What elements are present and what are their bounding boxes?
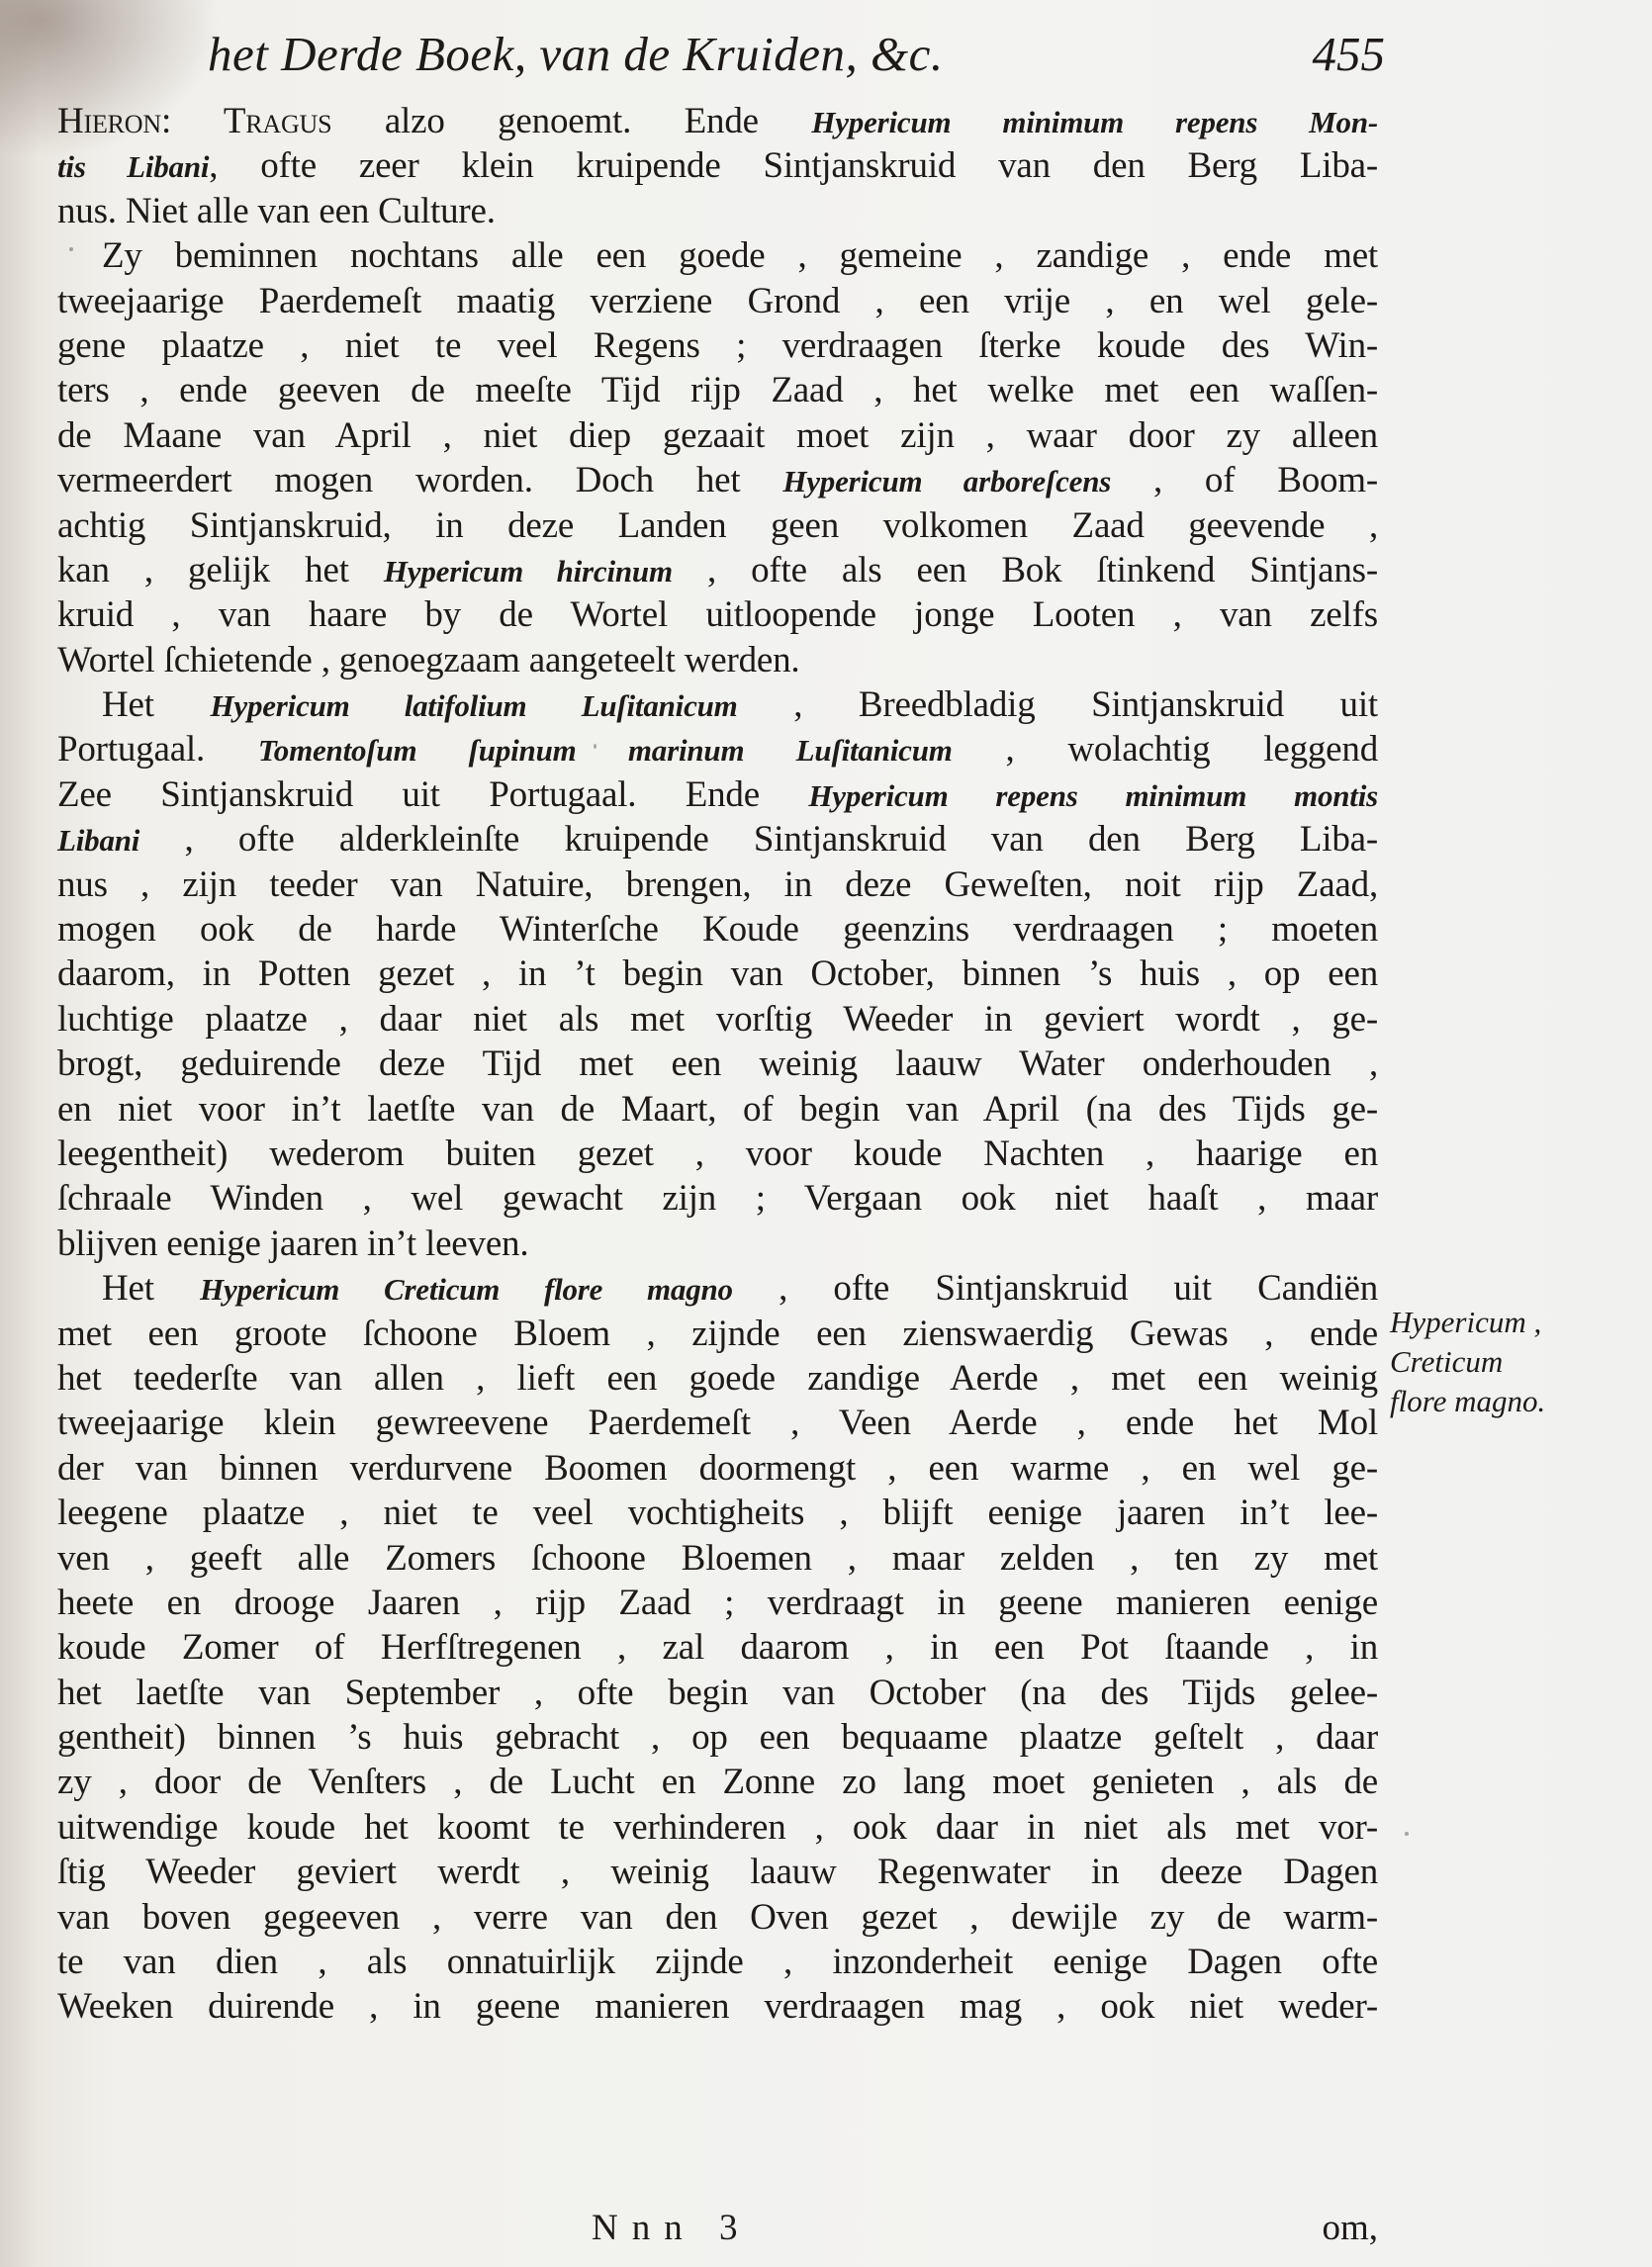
text-run: ters , ende geeven de meeſte Tijd rijp Z… — [57, 370, 1378, 410]
text-line: tis Libani, ofte zeer klein kruipende Si… — [57, 143, 1378, 188]
text-line: en niet voor in’t laetſte van de Maart, … — [57, 1087, 1378, 1132]
latin-name: tis Libani — [57, 149, 209, 184]
text-line: Libani , ofte alderkleinſte kruipende Si… — [57, 817, 1378, 861]
text-line: vermeerdert mogen worden. Doch het Hyper… — [57, 458, 1378, 502]
text-run: en niet voor in’t laetſte van de Maart, … — [57, 1089, 1378, 1130]
text-line: Wortel ſchietende , genoegzaam aangeteel… — [57, 638, 1378, 682]
text-line: nus , zijn teeder van Natuire, brengen, … — [57, 862, 1378, 907]
text-run: Het — [102, 684, 210, 725]
text-line: van boven gegeeven , verre van den Oven … — [57, 1895, 1378, 1940]
text-line: Zee Sintjanskruid uit Portugaal. Ende Hy… — [57, 772, 1378, 817]
text-run: leegene plaatze , niet te veel vochtighe… — [57, 1493, 1378, 1533]
text-run: der van binnen verdurvene Boomen doormen… — [57, 1448, 1378, 1489]
text-line: Zy beminnen nochtans alle een goede , ge… — [57, 233, 1378, 278]
text-line: zy , door de Venſters , de Lucht en Zonn… — [57, 1760, 1378, 1804]
text-line: tweejaarige klein gewreevene Paerdemeſt … — [57, 1401, 1378, 1445]
text-line: Weeken duirende , in geene manieren verd… — [57, 1984, 1378, 2029]
text-run: , ofte als een Bok ſtinkend Sintjans- — [673, 550, 1378, 590]
page-footer: Nnn 3 om, — [57, 2204, 1378, 2253]
text-run: , ofte zeer klein kruipende Sintjanskrui… — [209, 145, 1378, 186]
text-line: ven , geeft alle Zomers ſchoone Bloemen … — [57, 1536, 1378, 1581]
text-run: mogen ook de harde Winterſche Koude geen… — [57, 909, 1378, 950]
text-run: kan , gelijk het — [57, 550, 384, 590]
text-line: te van dien , als onnatuirlijk zijnde , … — [57, 1940, 1378, 1984]
text-line: mogen ook de harde Winterſche Koude geen… — [57, 907, 1378, 952]
text-line: der van binnen verdurvene Boomen doormen… — [57, 1446, 1378, 1491]
text-run: gentheit) binnen ’s huis gebracht , op e… — [57, 1717, 1378, 1758]
text-run: ſtig Weeder geviert werdt , weinig laauw… — [57, 1852, 1378, 1892]
text-run: Het — [102, 1268, 200, 1309]
margin-note-line: flore magno. — [1390, 1382, 1607, 1421]
margin-note-line: Creticum — [1390, 1342, 1607, 1382]
text-run: het teederſte van allen , lieft een goed… — [57, 1358, 1378, 1399]
running-title: het Derde Boek, van de Kruiden, &c. — [208, 26, 944, 82]
text-run: Wortel ſchietende , genoegzaam aangeteel… — [57, 640, 799, 680]
text-run: Zee Sintjanskruid uit Portugaal. Ende — [57, 774, 808, 815]
text-run: , ofte alderkleinſte kruipende Sintjansk… — [139, 819, 1378, 860]
latin-name: Hypericum repens minimum montis — [808, 778, 1378, 813]
text-line: koude Zomer of Herfſtregenen , zal daaro… — [57, 1625, 1378, 1670]
text-line: tweejaarige Paerdemeſt maatig verziene G… — [57, 279, 1378, 323]
text-run: tweejaarige Paerdemeſt maatig verziene G… — [57, 281, 1378, 321]
latin-name: Tomentoſum ſupinum marinum Luſitanicum — [258, 733, 953, 768]
text-line: leegene plaatze , niet te veel vochtighe… — [57, 1491, 1378, 1535]
text-line: ſchraale Winden , wel gewacht zijn ; Ver… — [57, 1176, 1378, 1221]
text-run: Portugaal. — [57, 729, 258, 770]
text-run: brogt, geduirende deze Tijd met een wein… — [57, 1043, 1378, 1084]
text-line: met een groote ſchoone Bloem , zijnde ee… — [57, 1312, 1378, 1356]
text-run: nus. Niet alle van een Culture. — [57, 191, 496, 231]
text-run: koude Zomer of Herfſtregenen , zal daaro… — [57, 1627, 1378, 1668]
text-run: tweejaarige klein gewreevene Paerdemeſt … — [57, 1403, 1378, 1443]
author-name: Hieron: Tragus — [57, 101, 331, 141]
paper-speck — [69, 247, 73, 251]
text-line: Het Hypericum latifolium Luſitanicum , B… — [57, 682, 1378, 727]
text-run: , wolachtig leggend — [953, 729, 1378, 770]
text-line: Het Hypericum Creticum flore magno , oft… — [57, 1266, 1378, 1311]
margin-note: Hypericum ,Creticumflore magno. — [1390, 1303, 1607, 1421]
text-run: nus , zijn teeder van Natuire, brengen, … — [57, 864, 1378, 905]
text-run: gene plaatze , niet te veel Regens ; ver… — [57, 325, 1378, 366]
paper-speck — [594, 744, 597, 749]
text-run: uitwendige koude het koomt te verhindere… — [57, 1807, 1378, 1848]
text-run: leegentheit) wederom buiten gezet , voor… — [57, 1133, 1378, 1174]
text-line: kan , gelijk het Hypericum hircinum , of… — [57, 548, 1378, 592]
text-line: de Maane van April , niet diep gezaait m… — [57, 413, 1378, 458]
text-line: Hieron: Tragus alzo genoemt. Ende Hyperi… — [57, 99, 1378, 143]
text-line: gentheit) binnen ’s huis gebracht , op e… — [57, 1715, 1378, 1760]
latin-name: Hypericum Creticum flore magno — [200, 1272, 733, 1307]
text-run: van boven gegeeven , verre van den Oven … — [57, 1897, 1378, 1938]
text-run: , Breedbladig Sintjanskruid uit — [738, 684, 1378, 725]
text-line: uitwendige koude het koomt te verhindere… — [57, 1805, 1378, 1850]
text-run: ſchraale Winden , wel gewacht zijn ; Ver… — [57, 1178, 1378, 1219]
text-run: blijven eenige jaaren in’t leeven. — [57, 1224, 528, 1264]
text-line: gene plaatze , niet te veel Regens ; ver… — [57, 323, 1378, 368]
latin-name: Hypericum arboreſcens — [782, 464, 1111, 499]
text-line: ters , ende geeven de meeſte Tijd rijp Z… — [57, 368, 1378, 412]
text-line: Portugaal. Tomentoſum ſupinum marinum Lu… — [57, 727, 1378, 771]
text-line: daarom, in Potten gezet , in ’t begin va… — [57, 952, 1378, 996]
text-run: achtig Sintjanskruid, in deze Landen gee… — [57, 505, 1378, 546]
text-run: zy , door de Venſters , de Lucht en Zonn… — [57, 1762, 1378, 1802]
paper-speck — [1405, 1832, 1409, 1836]
text-run: , of Boom- — [1111, 460, 1378, 500]
text-run: te van dien , als onnatuirlijk zijnde , … — [57, 1942, 1378, 1982]
running-head: het Derde Boek, van de Kruiden, &c. 455 — [208, 26, 1385, 85]
text-run: het laetſte van September , ofte begin v… — [57, 1673, 1378, 1713]
text-run: ven , geeft alle Zomers ſchoone Bloemen … — [57, 1538, 1378, 1579]
latin-name: Libani — [57, 823, 139, 858]
text-run: , ofte Sintjanskruid uit Candiën — [733, 1268, 1378, 1309]
text-line: ſtig Weeder geviert werdt , weinig laauw… — [57, 1850, 1378, 1894]
text-line: leegentheit) wederom buiten gezet , voor… — [57, 1132, 1378, 1176]
text-run: de Maane van April , niet diep gezaait m… — [57, 415, 1378, 456]
text-line: heete en drooge Jaaren , rijp Zaad ; ver… — [57, 1581, 1378, 1625]
text-run: kruid , van haare by de Wortel uitloopen… — [57, 594, 1378, 635]
text-run: alzo genoemt. Ende — [331, 101, 811, 141]
text-line: kruid , van haare by de Wortel uitloopen… — [57, 592, 1378, 637]
signature-mark: Nnn 3 — [592, 2204, 751, 2253]
text-run: Weeken duirende , in geene manieren verd… — [57, 1986, 1378, 2027]
text-line: nus. Niet alle van een Culture. — [57, 189, 1378, 233]
body-text: Hieron: Tragus alzo genoemt. Ende Hyperi… — [57, 99, 1378, 2030]
text-line: luchtige plaatze , daar niet als met vor… — [57, 997, 1378, 1042]
latin-name: Hypericum hircinum — [384, 554, 673, 589]
text-line: brogt, geduirende deze Tijd met een wein… — [57, 1042, 1378, 1086]
page-number: 455 — [1313, 26, 1386, 82]
text-run: met een groote ſchoone Bloem , zijnde ee… — [57, 1314, 1378, 1354]
latin-name: Hypericum latifolium Luſitanicum — [210, 688, 737, 723]
text-line: blijven eenige jaaren in’t leeven. — [57, 1222, 1378, 1266]
text-run: luchtige plaatze , daar niet als met vor… — [57, 999, 1378, 1040]
margin-note-line: Hypericum , — [1390, 1303, 1607, 1342]
text-line: achtig Sintjanskruid, in deze Landen gee… — [57, 503, 1378, 548]
text-run: daarom, in Potten gezet , in ’t begin va… — [57, 953, 1378, 994]
text-run: Zy beminnen nochtans alle een goede , ge… — [102, 235, 1378, 276]
book-page: het Derde Boek, van de Kruiden, &c. 455 … — [0, 0, 1652, 2267]
catchword: om, — [1322, 2204, 1378, 2253]
text-line: het laetſte van September , ofte begin v… — [57, 1671, 1378, 1715]
latin-name: Hypericum minimum repens Mon- — [811, 105, 1378, 139]
text-run: vermeerdert mogen worden. Doch het — [57, 460, 782, 500]
text-line: het teederſte van allen , lieft een goed… — [57, 1356, 1378, 1401]
text-run: heete en drooge Jaaren , rijp Zaad ; ver… — [57, 1583, 1378, 1623]
